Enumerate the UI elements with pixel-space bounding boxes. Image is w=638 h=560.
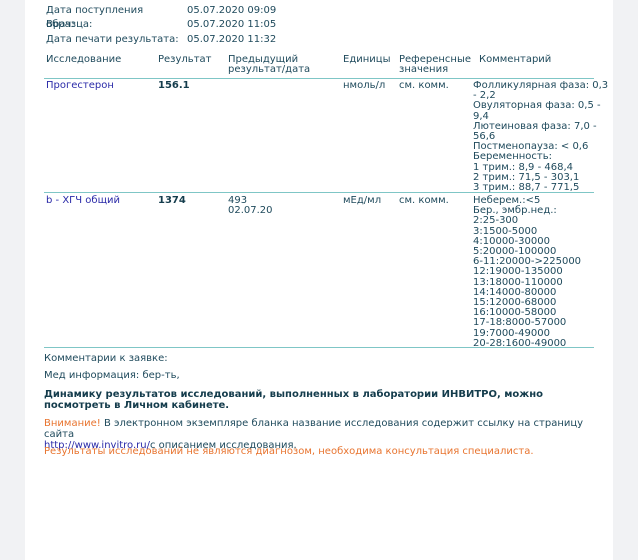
dynamics-note: Динамику результатов исследований, выпол…: [44, 389, 584, 411]
test-name-link[interactable]: b - ХГЧ общий: [46, 196, 120, 206]
header-units: Единицы: [343, 55, 390, 65]
result-value: 156.1: [158, 81, 190, 91]
table-row: b - ХГЧ общий 1374 493 02.07.20 мЕд/мл с…: [44, 196, 594, 348]
meta-row-doctor: Врач: 05.07.2020 11:05: [46, 18, 276, 33]
header-test: Исследование: [46, 55, 121, 65]
sample-meta: Дата взятия образца: 05.07.2020 09:09 Да…: [46, 0, 276, 47]
header-reference: Референсные значения: [399, 55, 471, 75]
meta-value: 05.07.2020 09:09: [187, 4, 276, 19]
units: мЕд/мл: [343, 196, 381, 206]
reference-values: см. комм.: [399, 81, 449, 91]
test-name-link[interactable]: Прогестерон: [46, 81, 114, 91]
header-comment: Комментарий: [479, 55, 551, 65]
table-row: Прогестерон 156.1 нмоль/л см. комм. Фолл…: [44, 81, 594, 193]
meta-row-print-date: Дата печати результата: 05.07.2020 11:32: [46, 33, 276, 48]
reference-values: см. комм.: [399, 196, 449, 206]
header-previous: Предыдущий результат/дата: [228, 55, 310, 75]
meta-value: 05.07.2020 11:32: [187, 33, 276, 48]
header-result: Результат: [158, 55, 211, 65]
attention-text: В электронном экземпляре бланка название…: [44, 418, 583, 440]
meta-label: Дата печати результата:: [46, 33, 187, 48]
meta-label: Врач:: [46, 18, 187, 33]
meta-label: Дата поступления образца:: [46, 4, 187, 19]
comment: Неберем.:<5 Бер., эмбр.нед.: 2:25-300 3:…: [473, 196, 581, 349]
result-value: 1374: [158, 196, 186, 206]
results-table-header: Исследование Результат Предыдущий резуль…: [44, 55, 594, 79]
previous-result: 493 02.07.20: [228, 196, 273, 216]
attention-word: Внимание!: [44, 418, 101, 429]
order-comments-label: Комментарии к заявке:: [44, 353, 168, 364]
disclaimer: Результаты исследований не являются диаг…: [44, 446, 534, 457]
units: нмоль/л: [343, 81, 385, 91]
meta-value: 05.07.2020 11:05: [187, 18, 276, 33]
comment: Фолликулярная фаза: 0,3 - 2,2 Овуляторна…: [473, 81, 608, 193]
med-info: Мед информация: бер-ть,: [44, 370, 180, 381]
meta-row-receipt-date: Дата поступления образца: 05.07.2020 09:…: [46, 4, 276, 19]
